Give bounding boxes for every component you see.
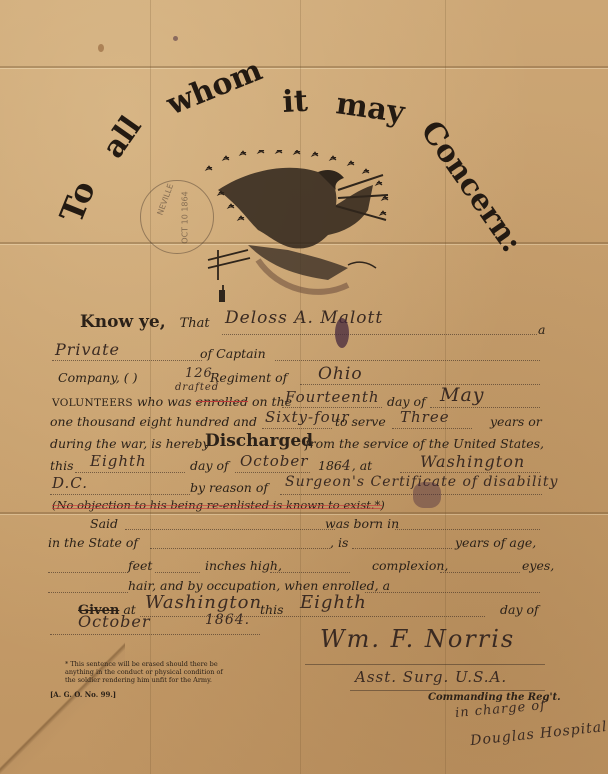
heading-word: To <box>52 175 103 228</box>
discharge-certificate: To all whom it may Concern: NEVILLE OCT … <box>0 0 608 774</box>
heading-word: may <box>334 86 408 130</box>
discharge-day-rule <box>75 472 185 473</box>
this-label: this <box>50 458 74 473</box>
title-rule <box>350 690 545 691</box>
know-ye-label: Know ye, <box>80 312 166 332</box>
complexion-label: complexion, <box>372 558 448 573</box>
discharge-month-rule <box>235 472 310 473</box>
rank-value: Private <box>55 340 120 359</box>
is-label: , is <box>330 535 348 550</box>
enroll-year-rule <box>262 428 332 429</box>
hair-occupation-label: hair, and by occupation, when enrolled, … <box>128 578 390 593</box>
stain-spot <box>98 44 104 52</box>
signature-name: Wm. F. Norris <box>320 625 515 653</box>
years-or-label: years or <box>490 414 542 429</box>
day-of-label: day of <box>190 458 229 473</box>
given-rule <box>140 616 485 617</box>
was-born-in-label: was born in <box>325 516 399 531</box>
that-label: That <box>180 316 210 331</box>
heading-word: Concern: <box>413 115 529 259</box>
place-cont-rule <box>50 494 190 495</box>
given-month-rule <box>50 634 260 635</box>
eagle-emblem-icon <box>198 150 398 310</box>
ink-blot <box>335 318 349 348</box>
volunteers-line: VOLUNTEERS who was enrolled on the <box>52 394 292 409</box>
heading-word: all <box>96 110 149 165</box>
birth-state-rule <box>150 548 330 549</box>
feet-label: feet <box>128 558 152 573</box>
state-rule <box>300 384 540 385</box>
postmark-text: NEVILLE <box>156 183 176 217</box>
rank-rule <box>52 360 202 361</box>
age-rule <box>352 548 452 549</box>
discharge-place: Washington <box>420 452 525 471</box>
born-rule <box>395 529 540 530</box>
state-of-label: in the State of <box>48 535 138 550</box>
given-month: October <box>78 612 151 631</box>
term-rule <box>392 428 472 429</box>
captain-rule <box>275 360 540 361</box>
signature-title: Asst. Surg. U.S.A. <box>355 668 507 686</box>
discharged-heading: Discharged <box>205 431 313 451</box>
soldier-name: Deloss A. Malott <box>225 308 383 328</box>
know-ye-line: Know ye, That <box>80 312 210 332</box>
hair-rule <box>48 592 128 593</box>
regiment-number: 126 <box>185 366 213 381</box>
discharge-month: October <box>240 452 308 470</box>
heading-word: whom <box>161 53 267 123</box>
said-rule <box>125 529 335 530</box>
this-label: this <box>260 602 284 617</box>
enroll-day: Fourteenth <box>285 388 380 406</box>
company-label: Company, ( ) <box>58 370 138 385</box>
inches-rule <box>155 572 200 573</box>
state-value: Ohio <box>318 364 363 384</box>
enrolled-correction: drafted <box>175 382 219 393</box>
fold-line <box>0 512 608 514</box>
eyes-label: eyes, <box>522 558 554 573</box>
complexion-rule <box>270 572 350 573</box>
one-thousand-label: one thousand eight hundred and <box>50 414 257 429</box>
heading-word: it <box>282 84 309 120</box>
a-label: a <box>538 322 545 337</box>
regiment-label: Regiment of <box>210 370 287 385</box>
from-service-label: from the service of the United States, <box>305 436 544 451</box>
reason-rule <box>280 494 542 495</box>
of-captain-label: of Captain <box>200 346 266 361</box>
feet-rule <box>48 572 128 573</box>
to-serve-label: to serve <box>335 414 386 429</box>
who-was-label: who was <box>137 394 192 409</box>
during-war-label: during the war, is hereby <box>50 436 209 451</box>
given-day: Eighth <box>300 592 367 613</box>
form-number: [A. G. O. No. 99.] <box>50 690 116 699</box>
discharge-year: 1864, at <box>318 458 372 474</box>
volunteers-label: VOLUNTEERS <box>52 397 133 409</box>
discharge-day: Eighth <box>90 452 147 470</box>
given-place: Washington <box>145 592 262 613</box>
ink-smudge <box>413 482 441 508</box>
signature-note-2: Douglas Hospital <box>470 719 608 749</box>
eyes-rule <box>440 572 520 573</box>
inches-high-label: inches high, <box>205 558 282 573</box>
said-label: Said <box>90 516 118 531</box>
name-rule <box>222 334 537 335</box>
strike-line <box>52 508 382 509</box>
occupation-rule <box>365 592 540 593</box>
given-year: 1864. <box>205 612 250 628</box>
year-suffix: 4 <box>342 458 352 474</box>
day-of-label: day of <box>500 602 539 617</box>
enrolled-struck: enrolled <box>196 394 248 409</box>
at-label: , at <box>352 458 372 473</box>
discharge-place-rule <box>400 472 540 473</box>
year-prefix: 186 <box>318 458 342 473</box>
ink-spot <box>173 36 178 41</box>
signature-rule <box>305 664 545 665</box>
by-reason-label: by reason of <box>190 480 268 495</box>
footnote: * This sentence will be erased should th… <box>65 660 235 684</box>
postmark-date: OCT 10 1864 <box>181 191 190 243</box>
years-of-age-label: years of age, <box>455 535 536 550</box>
strike-line <box>52 505 382 506</box>
day-of-label: day of <box>387 394 426 409</box>
enroll-month: May <box>440 384 485 406</box>
place-continued: D.C. <box>52 474 88 492</box>
term-value: Three <box>400 408 450 426</box>
